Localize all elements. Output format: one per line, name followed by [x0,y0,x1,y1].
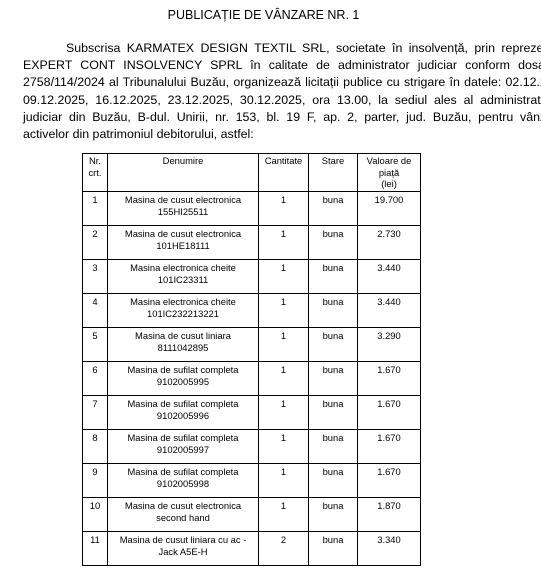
cell-state: buna [309,260,358,294]
cell-state: buna [309,464,358,498]
cell-nr: 7 [83,396,108,430]
cell-state: buna [309,226,358,260]
header-nr-line: Nr. [85,155,105,167]
cell-name-line: second hand [110,512,256,524]
cell-value: 3.290 [358,328,421,362]
cell-name: Masina de cusut electronicasecond hand [108,498,259,532]
cell-name-line: Masina de sufilat completa [110,364,256,376]
cell-name-line: Masina de sufilat completa [110,466,256,478]
table-row: 9Masina de sufilat completa91020059981bu… [83,464,421,498]
cell-name-line: Masina de cusut electronica [110,194,256,206]
cell-name-line: Masina de cusut liniara [110,330,256,342]
cell-name-line: Masina de cusut electronica [110,228,256,240]
cell-name: Masina de cusut electronica101HE18111 [108,226,259,260]
cell-name-line: Masina de sufilat completa [110,398,256,410]
cell-name: Masina de cusut liniara cu ac -Jack A5E-… [108,532,259,566]
cell-state: buna [309,328,358,362]
cell-quantity: 1 [259,430,309,464]
cell-state: buna [309,430,358,464]
cell-value: 19.700 [358,192,421,226]
cell-name-line: Masina electronica cheite [110,262,256,274]
cell-name-line: 155HI25511 [110,206,256,218]
paragraph-line: Subscrisa KARMATEX DESIGN TEXTIL SRL, so… [23,40,541,57]
table-row: 10Masina de cusut electronicasecond hand… [83,498,421,532]
cell-nr: 10 [83,498,108,532]
header-state: Stare [309,154,358,192]
paragraph-line: 09.12.2025, 16.12.2025, 23.12.2025, 30.1… [23,92,541,109]
cell-name-line: 8111042895 [110,342,256,354]
cell-name: Masina de sufilat completa9102005996 [108,396,259,430]
table-row: 3Masina electronica cheite101IC233111bun… [83,260,421,294]
cell-quantity: 1 [259,260,309,294]
cell-nr: 5 [83,328,108,362]
cell-name: Masina de sufilat completa9102005998 [108,464,259,498]
cell-nr: 4 [83,294,108,328]
table-row: 5Masina de cusut liniara81110428951buna3… [83,328,421,362]
cell-quantity: 1 [259,328,309,362]
header-value-line: piață [360,167,418,179]
cell-quantity: 1 [259,192,309,226]
cell-name-line: Masina de cusut electronica [110,500,256,512]
cell-quantity: 1 [259,294,309,328]
cell-state: buna [309,532,358,566]
table-row: 7Masina de sufilat completa91020059961bu… [83,396,421,430]
cell-name-line: Masina electronica cheite [110,296,256,308]
paragraph-line: EXPERT CONT INSOLVENCY SPRL în calitate … [23,57,541,74]
cell-name: Masina electronica cheite101IC232213221 [108,294,259,328]
header-quantity: Cantitate [259,154,309,192]
cell-name-line: Masina de cusut liniara cu ac - [110,534,256,546]
cell-value: 3.440 [358,260,421,294]
cell-name-line: 9102005998 [110,478,256,490]
cell-name-line: 101IC23311 [110,274,256,286]
cell-nr: 11 [83,532,108,566]
cell-state: buna [309,192,358,226]
cell-quantity: 1 [259,226,309,260]
cell-state: buna [309,396,358,430]
cell-name: Masina de cusut liniara8111042895 [108,328,259,362]
cell-name-line: 9102005997 [110,444,256,456]
cell-value: 1.670 [358,362,421,396]
table-row: 8Masina de sufilat completa91020059971bu… [83,430,421,464]
table-row: 11Masina de cusut liniara cu ac -Jack A5… [83,532,421,566]
cell-quantity: 1 [259,362,309,396]
cell-nr: 1 [83,192,108,226]
table-header-row: Nr. crt. Denumire Cantitate Stare Valoar… [83,154,421,192]
cell-name-line: 101HE18111 [110,240,256,252]
cell-value: 1.670 [358,430,421,464]
cell-name-line: 101IC232213221 [110,308,256,320]
cell-quantity: 2 [259,532,309,566]
paragraph-line: activelor din patrimoniul debitorului, a… [23,126,541,143]
table-row: 6Masina de sufilat completa91020059951bu… [83,362,421,396]
cell-nr: 6 [83,362,108,396]
cell-quantity: 1 [259,464,309,498]
table-row: 2Masina de cusut electronica101HE181111b… [83,226,421,260]
cell-nr: 9 [83,464,108,498]
cell-value: 3.340 [358,532,421,566]
table-row: 1Masina de cusut electronica155HI255111b… [83,192,421,226]
cell-nr: 2 [83,226,108,260]
header-name: Denumire [108,154,259,192]
cell-name: Masina de cusut electronica155HI25511 [108,192,259,226]
table-row: 4Masina electronica cheite101IC232213221… [83,294,421,328]
cell-name: Masina de sufilat completa9102005997 [108,430,259,464]
cell-state: buna [309,362,358,396]
cell-name-line: 9102005995 [110,376,256,388]
cell-name-line: Masina de sufilat completa [110,432,256,444]
cell-value: 1.670 [358,464,421,498]
paragraph-line: judiciar din Buzău, B-dul. Unirii, nr. 1… [23,109,541,126]
header-nr-line: crt. [85,167,105,179]
cell-state: buna [309,294,358,328]
cell-nr: 3 [83,260,108,294]
cell-quantity: 1 [259,498,309,532]
intro-paragraph: Subscrisa KARMATEX DESIGN TEXTIL SRL, so… [23,40,541,143]
header-value-line: (lei) [360,178,418,190]
assets-table: Nr. crt. Denumire Cantitate Stare Valoar… [82,153,421,566]
header-value: Valoare de piață (lei) [358,154,421,192]
cell-name: Masina electronica cheite101IC23311 [108,260,259,294]
cell-quantity: 1 [259,396,309,430]
cell-name: Masina de sufilat completa9102005995 [108,362,259,396]
cell-value: 2.730 [358,226,421,260]
header-value-line: Valoare de [360,155,418,167]
cell-nr: 8 [83,430,108,464]
cell-value: 1.670 [358,396,421,430]
paragraph-line: 2758/114/2024 al Tribunalului Buzău, org… [23,74,541,91]
header-nr: Nr. crt. [83,154,108,192]
cell-value: 1.870 [358,498,421,532]
document-title: PUBLICAȚIE DE VÂNZARE NR. 1 [0,7,527,23]
cell-name-line: 9102005996 [110,410,256,422]
cell-state: buna [309,498,358,532]
cell-value: 3.440 [358,294,421,328]
cell-name-line: Jack A5E-H [110,546,256,558]
